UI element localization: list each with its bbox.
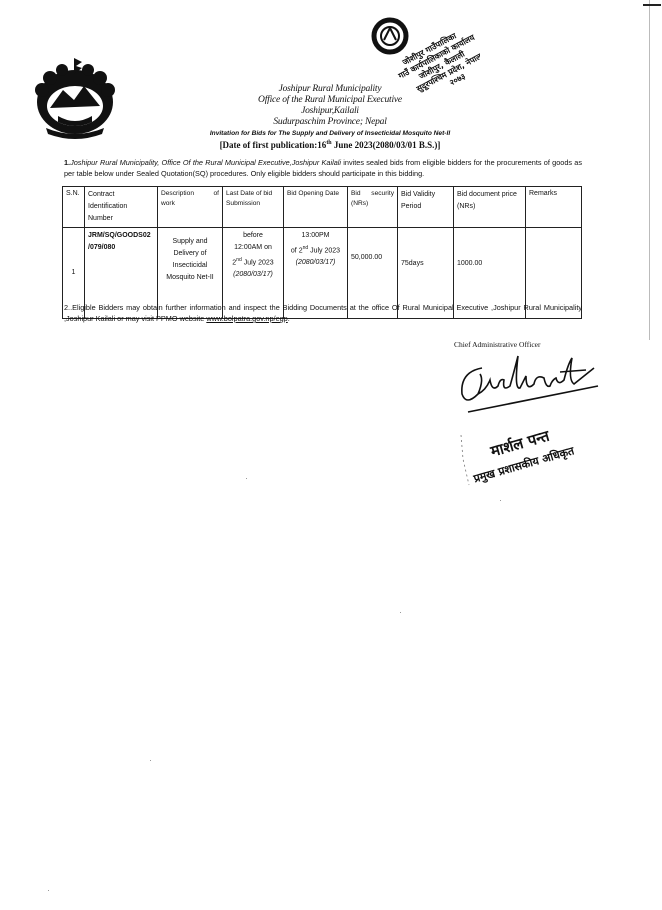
col-last-date: Last Date of bid Submission <box>223 187 284 228</box>
nepal-emblem-icon <box>28 56 122 142</box>
scan-speck <box>48 890 49 891</box>
office-name: Office of the Rural Municipal Executive <box>160 95 500 106</box>
col-opening-date: Bid Opening Date <box>284 187 348 228</box>
invitation-title: Invitation for Bids for The Supply and D… <box>130 129 530 138</box>
col-security: Bidsecurity(NRs) <box>348 187 398 228</box>
signature-icon <box>454 350 604 420</box>
scan-mark <box>643 4 661 6</box>
col-remarks: Remarks <box>526 187 582 228</box>
scan-speck <box>500 500 501 501</box>
invitation-paragraph: 1.Joshipur Rural Municipality, Office Of… <box>64 157 582 179</box>
official-seal-icon: मार्शल पन्त प्रमुख प्रशासकीय अधिकृत <box>455 415 585 490</box>
col-validity: Bid Validity Period <box>398 187 454 228</box>
office-location: Joshipur,Kailali <box>160 106 500 117</box>
col-doc-price: Bid document price (NRs) <box>454 187 526 228</box>
information-paragraph: 2..Eligible Bidders may obtain further i… <box>64 302 582 324</box>
col-sn: S.N. <box>63 187 85 228</box>
signatory-title: Chief Administrative Officer <box>454 340 541 349</box>
col-description: Descriptionofwork <box>158 187 223 228</box>
page-edge <box>649 0 650 340</box>
document-header: Joshipur Rural Municipality Office of th… <box>160 84 500 150</box>
scan-speck <box>150 760 151 761</box>
scan-speck <box>246 478 247 479</box>
bid-table: S.N. Contract Identification Number Desc… <box>62 186 582 319</box>
province-name: Sudurpaschim Province; Nepal <box>160 117 500 128</box>
ppmo-website-link[interactable]: www.bolpatra.gov.np/egp <box>206 314 287 323</box>
municipality-name: Joshipur Rural Municipality <box>160 84 500 95</box>
col-contract-id: Contract Identification Number <box>85 187 158 228</box>
scan-speck <box>400 612 401 613</box>
table-header-row: S.N. Contract Identification Number Desc… <box>63 187 582 228</box>
publication-date: [Date of first publication:16th June 202… <box>160 138 500 150</box>
